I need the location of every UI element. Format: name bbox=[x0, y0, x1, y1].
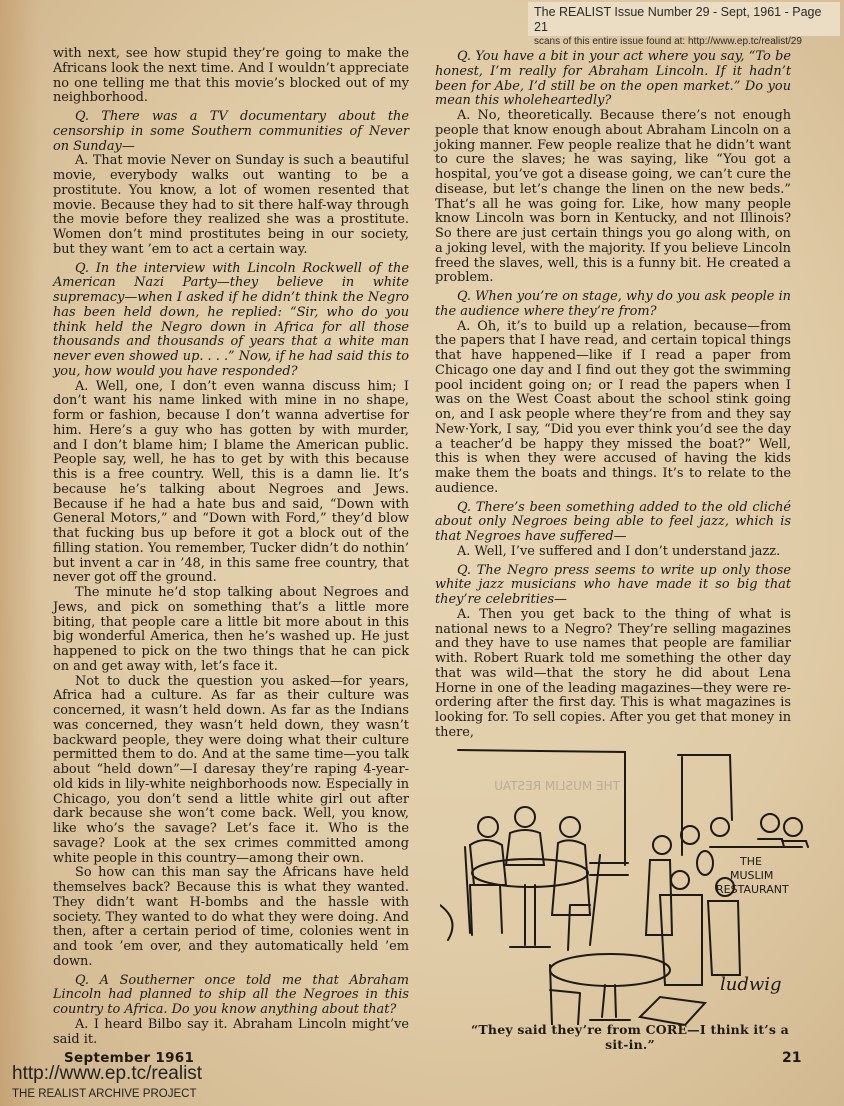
interview-answer: So how can this man say the Africans hav… bbox=[53, 866, 409, 969]
page-edge-shadow bbox=[0, 0, 40, 1106]
interview-answer: with next, see how stupid they’re going … bbox=[53, 47, 409, 106]
interview-question: Q. When you’re on stage, why do you ask … bbox=[435, 290, 791, 320]
interview-answer: The minute he’d stop talking about Negro… bbox=[53, 586, 409, 675]
interview-answer: A. Well, I’ve suffered and I don’t under… bbox=[435, 545, 791, 560]
interview-question: Q. A Southerner once told me that Abraha… bbox=[53, 974, 409, 1018]
restaurant-sign-line1: THE bbox=[739, 855, 762, 868]
banner-title: The REALIST Issue Number 29 - Sept, 1961… bbox=[534, 5, 834, 35]
archive-url: http://www.ep.tc/realist bbox=[12, 1063, 202, 1085]
left-text-column: with next, see how stupid they’re going … bbox=[53, 47, 409, 1047]
interview-answer: A. Oh, it’s to build up a relation, beca… bbox=[435, 320, 791, 497]
restaurant-sign-line3: RESTAURANT bbox=[716, 883, 789, 896]
interview-answer: A. No, theoretically. Because there’s no… bbox=[435, 109, 791, 286]
interview-answer: A. I heard Bilbo say it. Abraham Lincoln… bbox=[53, 1018, 409, 1048]
archive-banner: The REALIST Issue Number 29 - Sept, 1961… bbox=[528, 2, 840, 36]
interview-answer: A. Then you get back to the thing of wha… bbox=[435, 608, 791, 741]
interview-answer: A. That movie Never on Sunday is such a … bbox=[53, 154, 409, 257]
cartoon-caption: “They said they’re from CORE—I think it’… bbox=[460, 1022, 800, 1052]
interview-answer: Not to duck the question you asked—for y… bbox=[53, 675, 409, 867]
artist-signature: ludwig bbox=[720, 974, 782, 995]
archive-name: THE REALIST ARCHIVE PROJECT bbox=[12, 1088, 196, 1100]
mirrored-window-sign: THE MUSLIM RESTAU bbox=[494, 779, 621, 793]
page-number: 21 bbox=[782, 1050, 801, 1066]
interview-answer: A. Well, one, I don’t even wanna discuss… bbox=[53, 380, 409, 587]
restaurant-sign-line2: MUSLIM bbox=[730, 869, 773, 882]
interview-question: Q. In the interview with Lincoln Rockwel… bbox=[53, 262, 409, 380]
interview-question: Q. You have a bit in your act where you … bbox=[435, 50, 791, 109]
cartoon-illustration: THE MUSLIM RESTAU THE MUSLIM RESTAURANT … bbox=[440, 735, 820, 1025]
interview-question: Q. There’s been something added to the o… bbox=[435, 501, 791, 545]
interview-question: Q. The Negro press seems to write up onl… bbox=[435, 564, 791, 608]
right-text-column: Q. You have a bit in your act where you … bbox=[435, 46, 791, 741]
interview-question: Q. There was a TV documentary about the … bbox=[53, 110, 409, 154]
